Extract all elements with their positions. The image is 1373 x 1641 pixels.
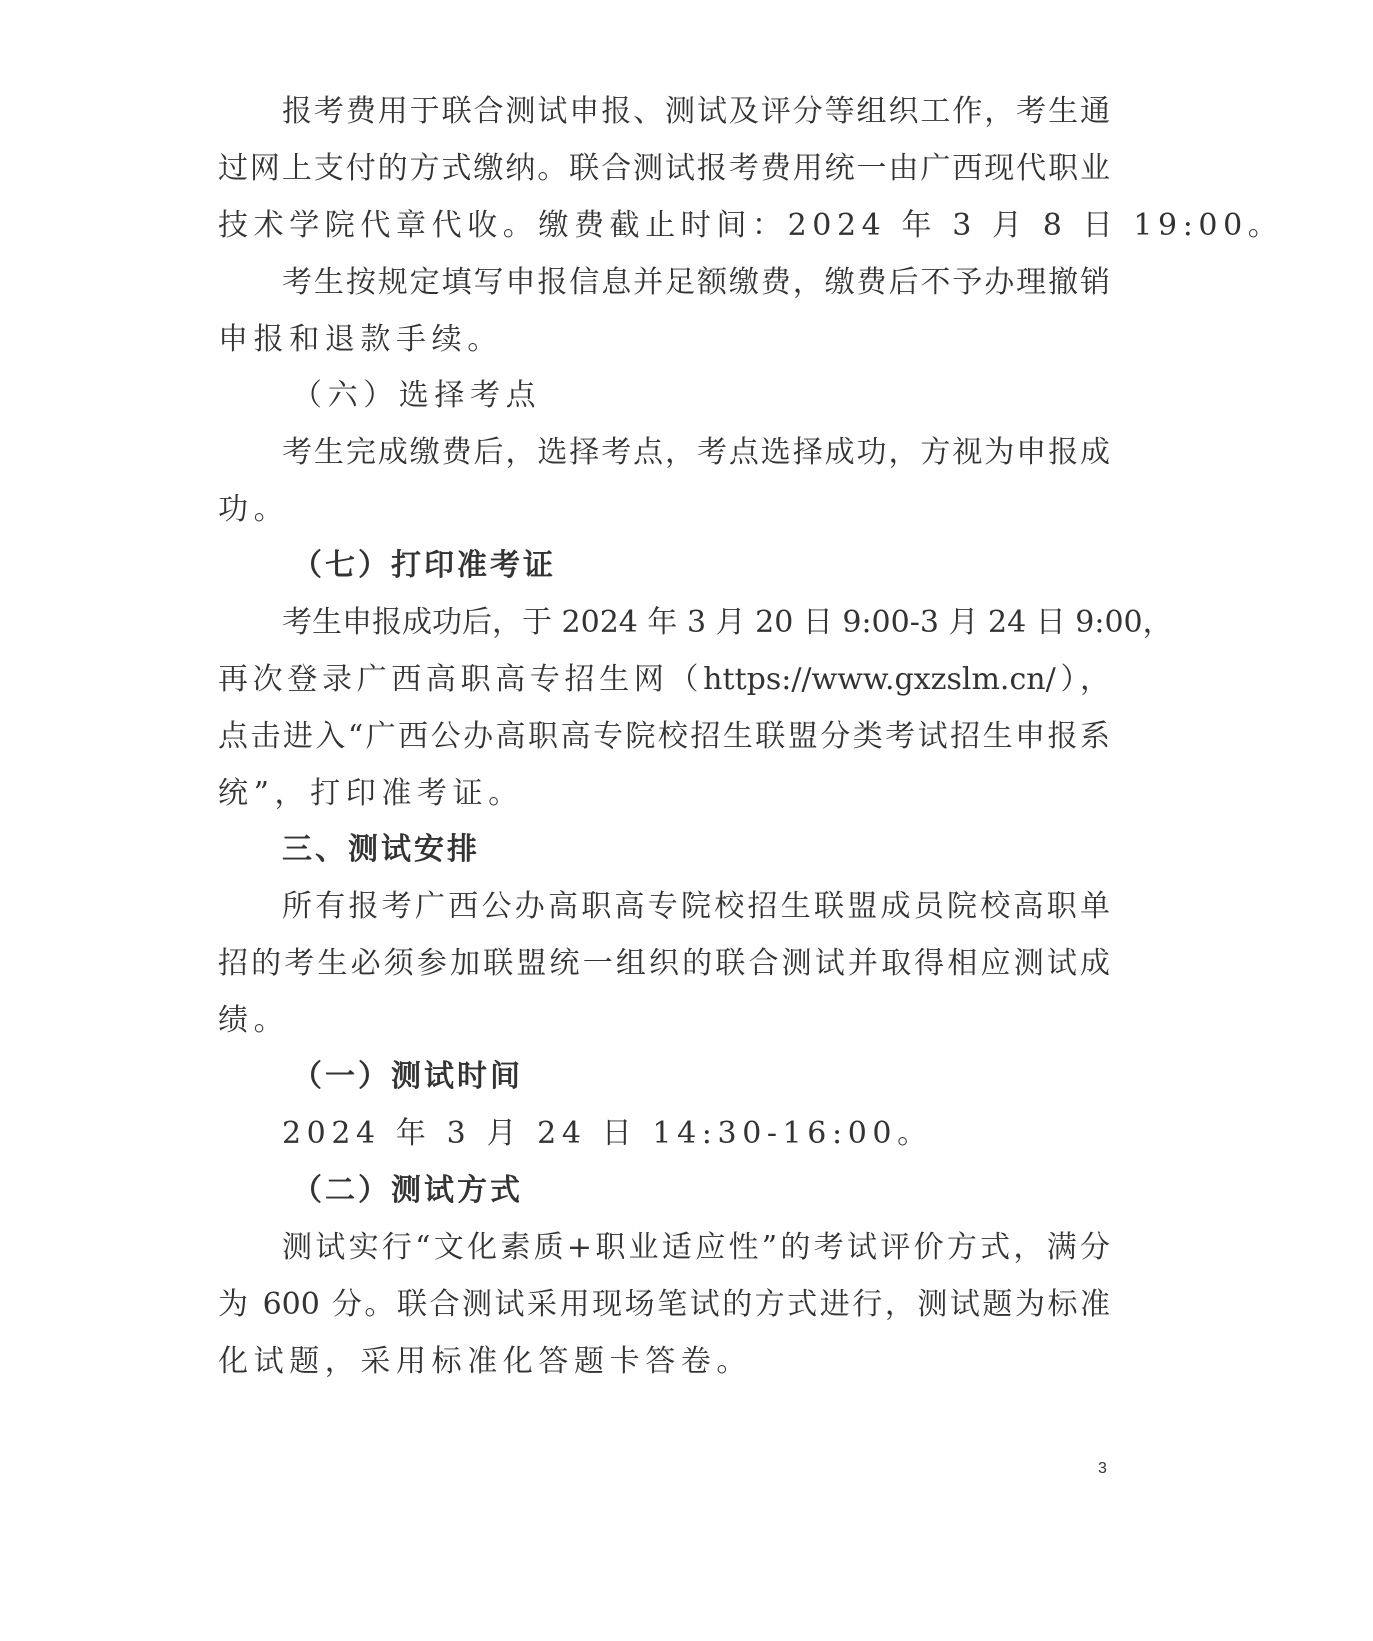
text-line: 统”，打印准考证。 [218, 776, 1110, 812]
text-line: 考生完成缴费后，选择考点，考点选择成功，方视为申报成 [282, 435, 1110, 471]
text-line: 报考费用于联合测试申报、测试及评分等组织工作，考生通 [282, 94, 1110, 130]
text-line: （一）测试时间 [292, 1059, 1184, 1095]
text-line: 技术学院代章代收。缴费截止时间：2024 年 3 月 8 日 19:00。 [218, 208, 1110, 244]
text-line: 绩。 [218, 1003, 1110, 1039]
text-line: 考生按规定填写申报信息并足额缴费，缴费后不予办理撤销 [282, 265, 1110, 301]
text-line: 三、测试安排 [282, 832, 1110, 868]
text-line: （六）选择考点 [292, 378, 1184, 414]
page-number: 3 [1098, 1460, 1107, 1478]
text-line: 测试实行“文化素质+职业适应性”的考试评价方式，满分 [282, 1230, 1110, 1266]
text-line: 为 600 分。联合测试采用现场笔试的方式进行，测试题为标准 [218, 1287, 1110, 1323]
text-line: （二）测试方式 [292, 1173, 1184, 1209]
text-line: 2024 年 3 月 24 日 14:30-16:00。 [282, 1116, 1110, 1152]
text-line: 所有报考广西公办高职高专院校招生联盟成员院校高职单 [282, 889, 1110, 925]
text-line: 过网上支付的方式缴纳。联合测试报考费用统一由广西现代职业 [218, 151, 1110, 187]
text-line: 点击进入“广西公办高职高专院校招生联盟分类考试招生申报系 [218, 719, 1110, 755]
text-line: 化试题，采用标准化答题卡答卷。 [218, 1344, 1110, 1380]
text-line: （七）打印准考证 [292, 548, 1184, 584]
text-line: 申报和退款手续。 [218, 322, 1110, 358]
text-line: 再次登录广西高职高专招生网（https://www.gxzslm.cn/）， [218, 662, 1110, 698]
text-line: 功。 [218, 492, 1110, 528]
text-line: 考生申报成功后，于 2024 年 3 月 20 日 9:00-3 月 24 日 … [282, 605, 1110, 641]
document-page: 报考费用于联合测试申报、测试及评分等组织工作，考生通过网上支付的方式缴纳。联合测… [0, 0, 1373, 1641]
text-line: 招的考生必须参加联盟统一组织的联合测试并取得相应测试成 [218, 946, 1110, 982]
